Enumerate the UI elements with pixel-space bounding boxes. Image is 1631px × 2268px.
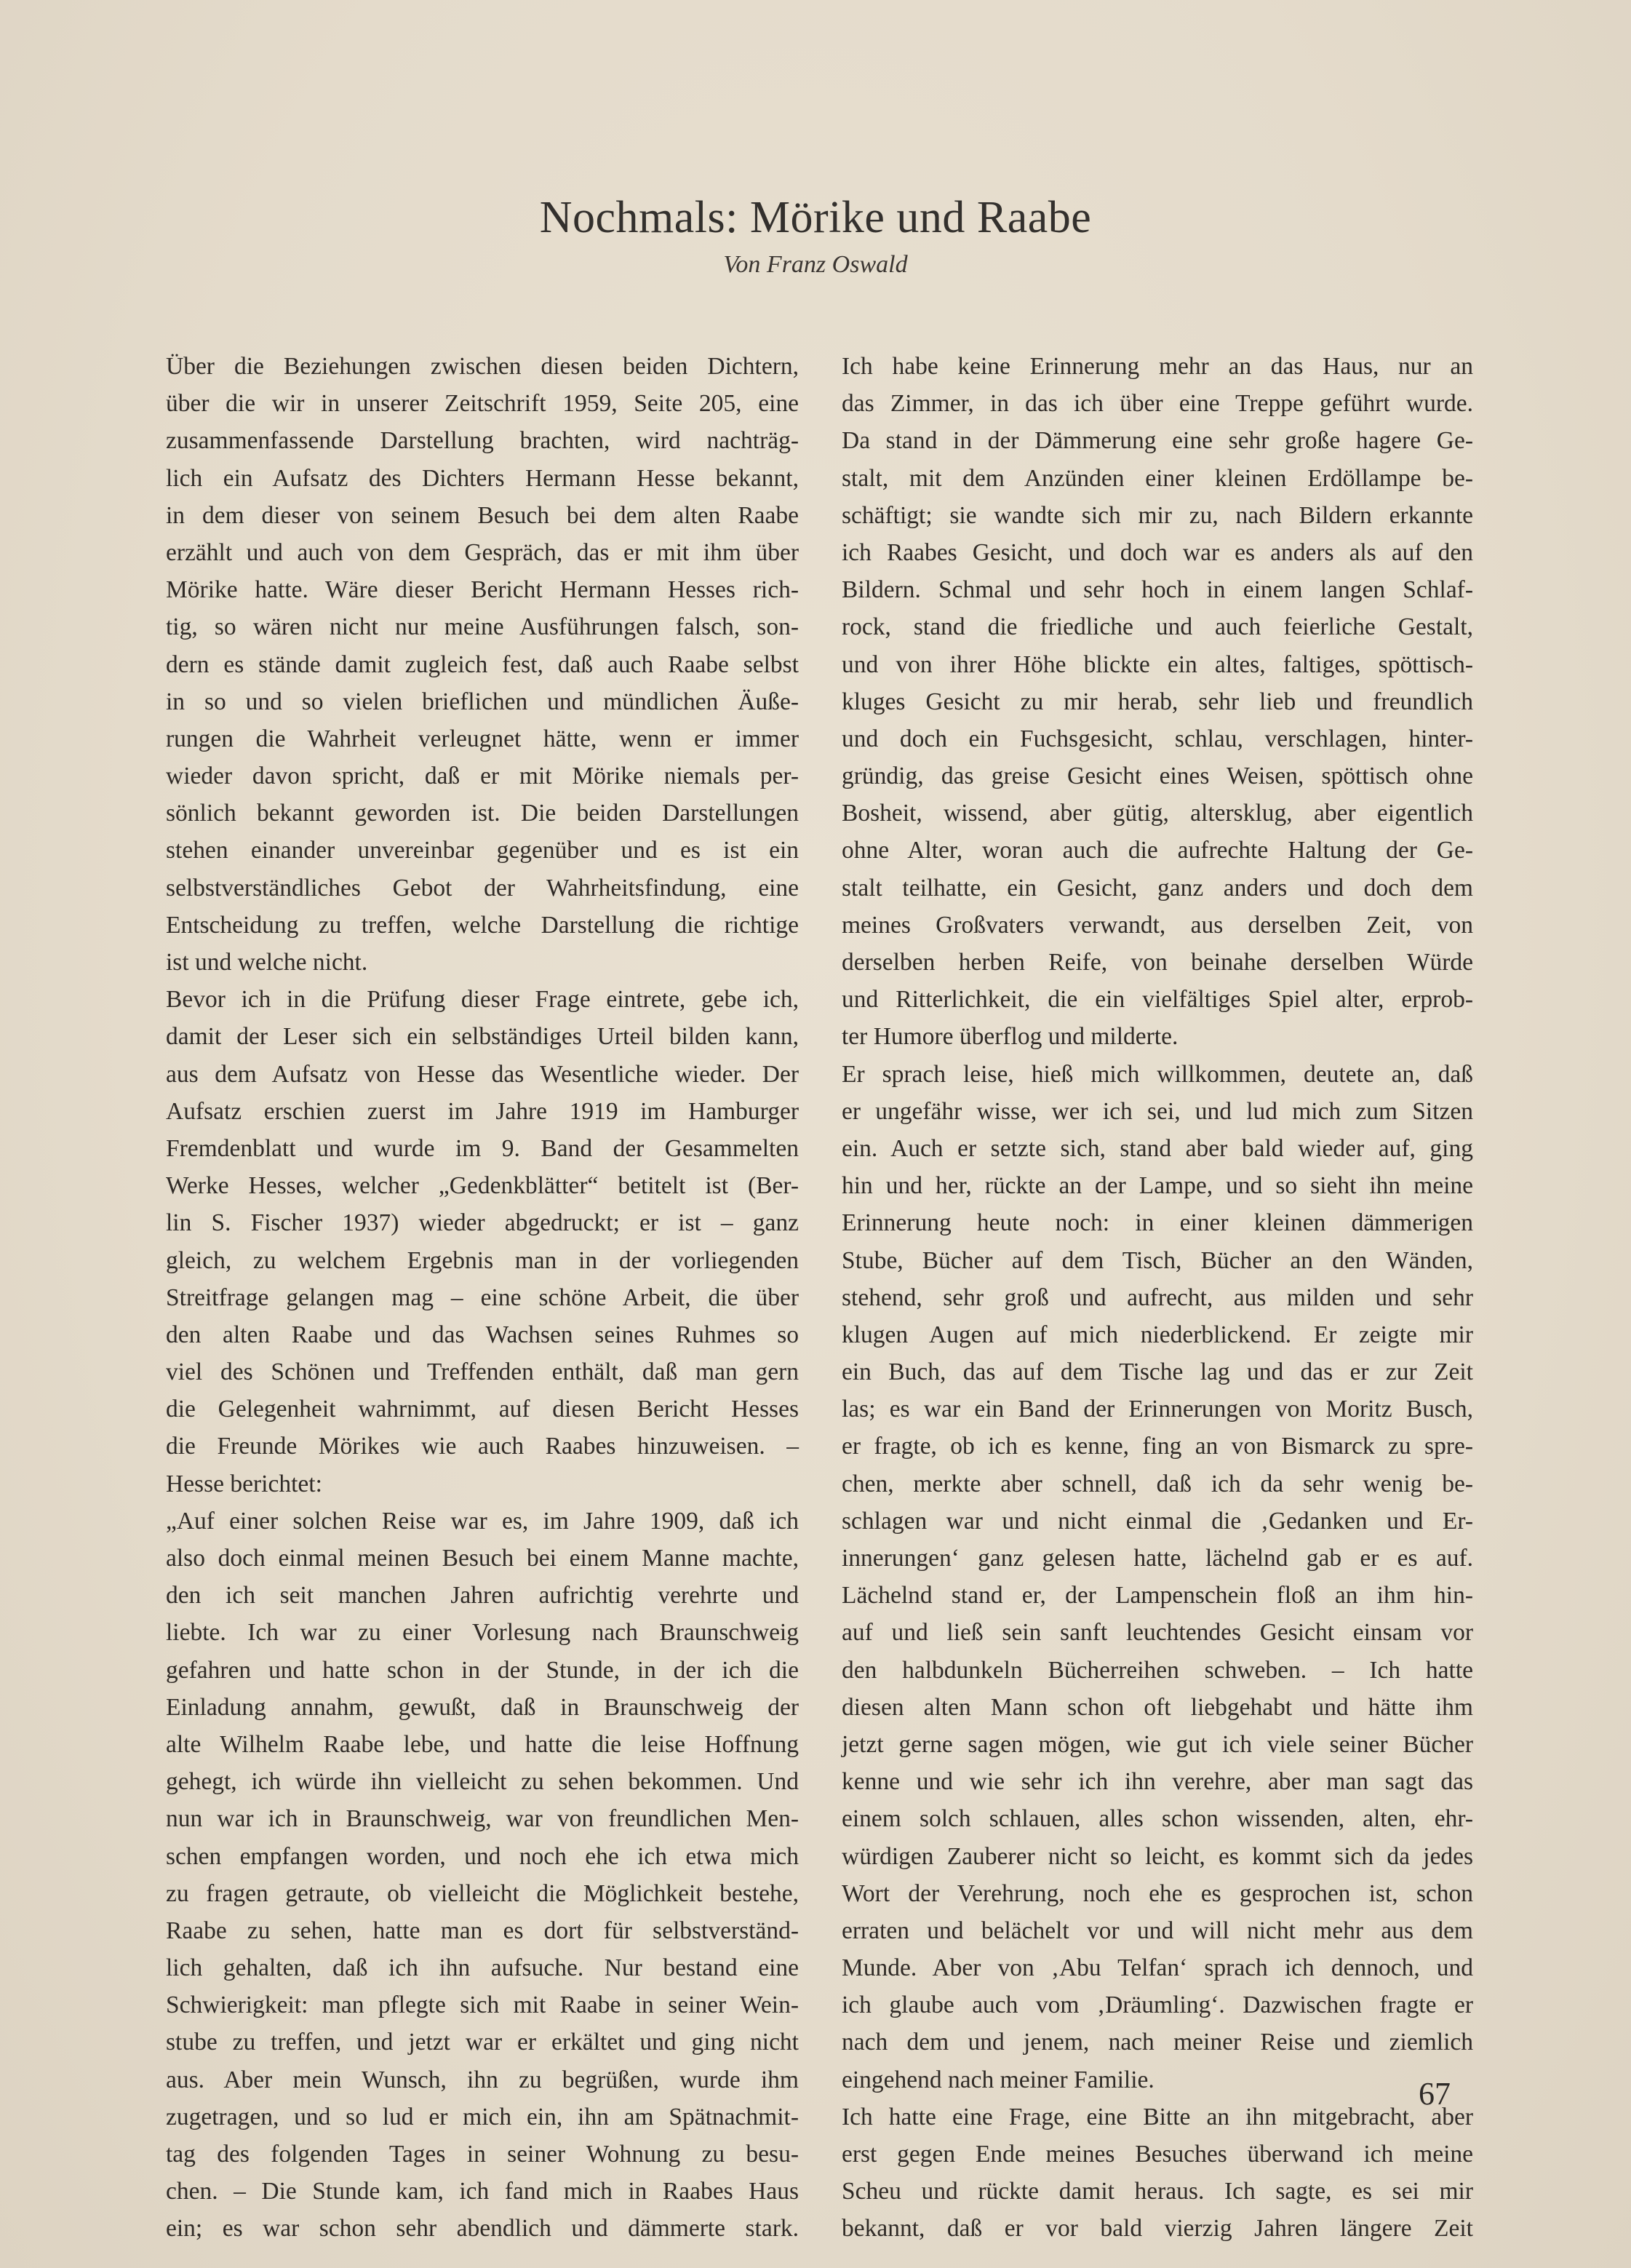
- text-line: gefahren und hatte schon in der Stunde, …: [166, 1652, 799, 1689]
- text-line: Wort der Verehrung, noch ehe es gesproch…: [842, 1875, 1473, 1912]
- text-line: schen empfangen worden, und noch ehe ich…: [166, 1838, 799, 1875]
- text-line: selbstverständliches Gebot der Wahrheits…: [166, 870, 799, 907]
- text-line: Werke Hesses, welcher „Gedenkblätter“ be…: [166, 1167, 799, 1204]
- text-line: ich glaube auch vom ‚Dräumling‘. Dazwisc…: [842, 1986, 1473, 2024]
- text-line: alte Wilhelm Raabe lebe, und hatte die l…: [166, 1726, 799, 1763]
- text-line: Ich habe keine Erinnerung mehr an das Ha…: [842, 348, 1473, 385]
- text-line: jetzt gerne sagen mögen, wie gut ich vie…: [842, 1726, 1473, 1763]
- text-line: hin und her, rückte an der Lampe, und so…: [842, 1167, 1473, 1204]
- text-line: kenne und wie sehr ich ihn verehre, aber…: [842, 1763, 1473, 1800]
- text-line: Raabe zu sehen, hatte man es dort für se…: [166, 1912, 799, 1949]
- text-line: Da stand in der Dämmerung eine sehr groß…: [842, 422, 1473, 459]
- text-line: Er sprach leise, hieß mich willkommen, d…: [842, 1056, 1473, 1093]
- text-line: die Gelegenheit wahrnimmt, auf diesen Be…: [166, 1390, 799, 1428]
- text-line: nun war ich in Braunschweig, war von fre…: [166, 1800, 799, 1837]
- text-line: ohne Alter, woran auch die aufrechte Hal…: [842, 832, 1473, 869]
- text-line: ein. Auch er setzte sich, stand aber bal…: [842, 1130, 1473, 1167]
- text-line: in dem dieser von seinem Besuch bei dem …: [166, 497, 799, 534]
- text-line: Bosheit, wissend, aber gütig, altersklug…: [842, 795, 1473, 832]
- left-column: Über die Beziehungen zwischen diesen bei…: [166, 348, 799, 2248]
- text-line: gründig, das greise Gesicht eines Weisen…: [842, 757, 1473, 795]
- text-line: gehegt, ich würde ihn vielleicht zu sehe…: [166, 1763, 799, 1800]
- text-line: stalt, mit dem Anzünden einer kleinen Er…: [842, 460, 1473, 497]
- text-line: Scheu und rückte damit heraus. Ich sagte…: [842, 2173, 1473, 2210]
- right-column: Ich habe keine Erinnerung mehr an das Ha…: [842, 348, 1473, 2248]
- text-line: liebte. Ich war zu einer Vorlesung nach …: [166, 1614, 799, 1651]
- text-line: „Auf einer solchen Reise war es, im Jahr…: [166, 1503, 799, 1540]
- text-line: sönlich bekannt geworden ist. Die beiden…: [166, 795, 799, 832]
- text-line: den halbdunkeln Bücherreihen schweben. –…: [842, 1652, 1473, 1689]
- text-line: ter Humore überflog und milderte.: [842, 1018, 1473, 1055]
- text-line: stehend, sehr groß und aufrecht, aus mil…: [842, 1279, 1473, 1316]
- text-line: und Ritterlichkeit, die ein vielfältiges…: [842, 981, 1473, 1018]
- text-line: Schwierigkeit: man pflegte sich mit Raab…: [166, 1986, 799, 2024]
- text-line: Entscheidung zu treffen, welche Darstell…: [166, 907, 799, 944]
- text-line: auf und ließ sein sanft leuchtendes Gesi…: [842, 1614, 1473, 1651]
- text-line: schlagen war und nicht einmal die ‚Gedan…: [842, 1503, 1473, 1540]
- text-line: aus dem Aufsatz von Hesse das Wesentlich…: [166, 1056, 799, 1093]
- text-line: wieder davon spricht, daß er mit Mörike …: [166, 757, 799, 795]
- text-line: chen. – Die Stunde kam, ich fand mich in…: [166, 2173, 799, 2210]
- text-line: lich gehalten, daß ich ihn aufsuche. Nur…: [166, 1949, 799, 1986]
- text-line: zu fragen getraute, ob vielleicht die Mö…: [166, 1875, 799, 1912]
- text-line: rock, stand die friedliche und auch feie…: [842, 608, 1473, 645]
- text-line: erzählt und auch von dem Gespräch, das e…: [166, 534, 799, 571]
- text-line: Fremdenblatt und wurde im 9. Band der Ge…: [166, 1130, 799, 1167]
- text-line: erst gegen Ende meines Besuches überwand…: [842, 2136, 1473, 2173]
- text-line: den ich seit manchen Jahren aufrichtig v…: [166, 1577, 799, 1614]
- text-line: rungen die Wahrheit verleugnet hätte, we…: [166, 720, 799, 757]
- text-line: zugetragen, und so lud er mich ein, ihn …: [166, 2098, 799, 2136]
- text-line: Mörike hatte. Wäre dieser Bericht Herman…: [166, 571, 799, 608]
- text-line: über die wir in unserer Zeitschrift 1959…: [166, 385, 799, 422]
- text-line: stalt teilhatte, ein Gesicht, ganz ander…: [842, 870, 1473, 907]
- text-line: diesen alten Mann schon oft liebgehabt u…: [842, 1689, 1473, 1726]
- text-line: er ungefähr wisse, wer ich sei, und lud …: [842, 1093, 1473, 1130]
- text-line: würdigen Zauberer nicht so leicht, es ko…: [842, 1838, 1473, 1875]
- text-line: Bildern. Schmal und sehr hoch in einem l…: [842, 571, 1473, 608]
- text-line: er fragte, ob ich es kenne, fing an von …: [842, 1428, 1473, 1465]
- text-line: las; es war ein Band der Erinnerungen vo…: [842, 1390, 1473, 1428]
- text-line: Hesse berichtet:: [166, 1465, 799, 1503]
- scanned-page: Nochmals: Mörike und Raabe Von Franz Osw…: [0, 0, 1631, 2268]
- text-line: lich ein Aufsatz des Dichters Hermann He…: [166, 460, 799, 497]
- text-line: zusammenfassende Darstellung brachten, w…: [166, 422, 799, 459]
- text-line: stehen einander unvereinbar gegenüber un…: [166, 832, 799, 869]
- text-line: die Freunde Mörikes wie auch Raabes hinz…: [166, 1428, 799, 1465]
- text-line: das Zimmer, in das ich über eine Treppe …: [842, 385, 1473, 422]
- text-line: tag des folgenden Tages in seiner Wohnun…: [166, 2136, 799, 2173]
- text-line: Streitfrage gelangen mag – eine schöne A…: [166, 1279, 799, 1316]
- text-line: ein Buch, das auf dem Tische lag und das…: [842, 1353, 1473, 1390]
- text-line: Über die Beziehungen zwischen diesen bei…: [166, 348, 799, 385]
- text-line: und von ihrer Höhe blickte ein altes, fa…: [842, 646, 1473, 683]
- text-line: nach dem und jenem, nach meiner Reise un…: [842, 2024, 1473, 2061]
- text-line: lin S. Fischer 1937) wieder abgedruckt; …: [166, 1204, 799, 1241]
- text-line: Munde. Aber von ‚Abu Telfan‘ sprach ich …: [842, 1949, 1473, 1986]
- text-line: gleich, zu welchem Ergebnis man in der v…: [166, 1242, 799, 1279]
- text-line: Ich hatte eine Frage, eine Bitte an ihn …: [842, 2098, 1473, 2136]
- text-line: Einladung annahm, gewußt, daß in Braunsc…: [166, 1689, 799, 1726]
- text-line: kluges Gesicht zu mir herab, sehr lieb u…: [842, 683, 1473, 720]
- text-line: aus. Aber mein Wunsch, ihn zu begrüßen, …: [166, 2061, 799, 2098]
- text-line: bekannt, daß er vor bald vierzig Jahren …: [842, 2210, 1473, 2247]
- text-line: viel des Schönen und Treffenden enthält,…: [166, 1353, 799, 1390]
- text-line: Lächelnd stand er, der Lampenschein floß…: [842, 1577, 1473, 1614]
- text-line: Erinnerung heute noch: in einer kleinen …: [842, 1204, 1473, 1241]
- text-line: dern es stände damit zugleich fest, daß …: [166, 646, 799, 683]
- page-number: 67: [1419, 2075, 1451, 2112]
- article-title: Nochmals: Mörike und Raabe: [0, 192, 1631, 244]
- text-line: Aufsatz erschien zuerst im Jahre 1919 im…: [166, 1093, 799, 1130]
- text-line: einem solch schlauen, alles schon wissen…: [842, 1800, 1473, 1837]
- text-line: Stube, Bücher auf dem Tisch, Bücher an d…: [842, 1242, 1473, 1279]
- text-line: tig, so wären nicht nur meine Ausführung…: [166, 608, 799, 645]
- text-line: schäftigt; sie wandte sich mir zu, nach …: [842, 497, 1473, 534]
- text-line: derselben herben Reife, von beinahe ders…: [842, 944, 1473, 981]
- text-line: ein; es war schon sehr abendlich und däm…: [166, 2210, 799, 2247]
- text-line: eingehend nach meiner Familie.: [842, 2061, 1473, 2098]
- text-line: meines Großvaters verwandt, aus derselbe…: [842, 907, 1473, 944]
- article-byline: Von Franz Oswald: [0, 251, 1631, 279]
- text-line: damit der Leser sich ein selbständiges U…: [166, 1018, 799, 1055]
- text-line: Bevor ich in die Prüfung dieser Frage ei…: [166, 981, 799, 1018]
- text-line: und doch ein Fuchsgesicht, schlau, versc…: [842, 720, 1473, 757]
- text-line: innerungen‘ ganz gelesen hatte, lächelnd…: [842, 1540, 1473, 1577]
- text-line: erraten und belächelt vor und will nicht…: [842, 1912, 1473, 1949]
- text-line: stube zu treffen, und jetzt war er erkäl…: [166, 2024, 799, 2061]
- text-line: den alten Raabe und das Wachsen seines R…: [166, 1316, 799, 1353]
- text-line: ist und welche nicht.: [166, 944, 799, 981]
- text-line: klugen Augen auf mich niederblickend. Er…: [842, 1316, 1473, 1353]
- text-line: ich Raabes Gesicht, und doch war es ande…: [842, 534, 1473, 571]
- text-line: in so und so vielen brieflichen und münd…: [166, 683, 799, 720]
- text-line: chen, merkte aber schnell, daß ich da se…: [842, 1465, 1473, 1503]
- text-line: also doch einmal meinen Besuch bei einem…: [166, 1540, 799, 1577]
